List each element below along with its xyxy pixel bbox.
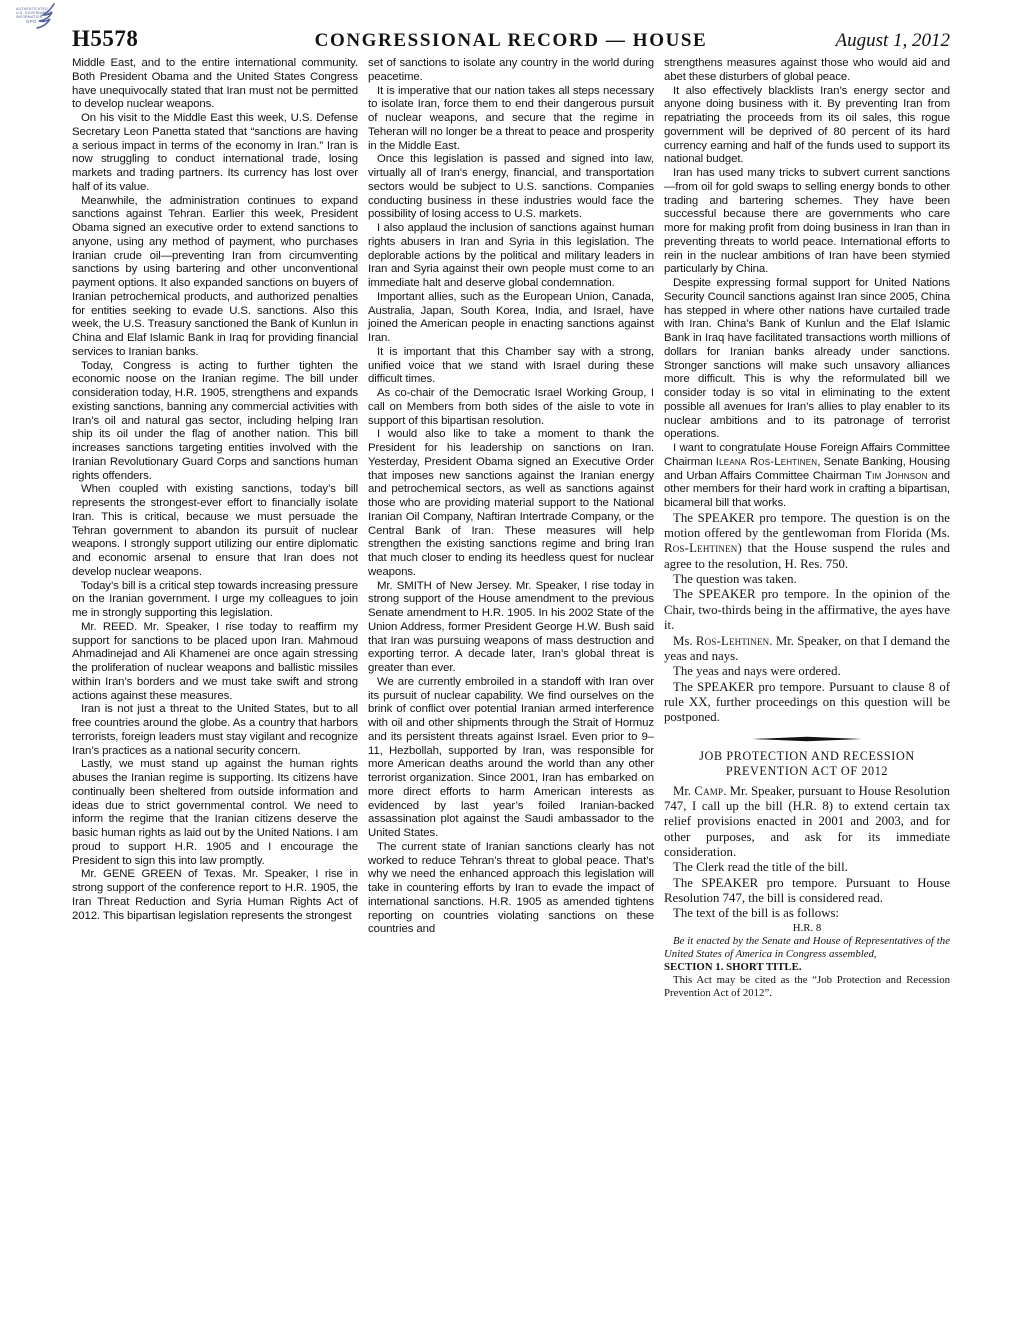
paragraph: I want to congratulate House Foreign Aff… [664,442,950,511]
text-segment: The SPEAKER pro tempore. In the opinion … [664,587,950,632]
paragraph: Once this legislation is passed and sign… [368,153,654,222]
text-segment: The SPEAKER pro tempore. The question is… [664,511,950,540]
member-name: Ileana Ros-Lehtinen [716,456,818,468]
text-segment: Be it enacted by the Senate and House of… [664,935,950,960]
paragraph: We are currently embroiled in a standoff… [368,676,654,841]
text-segment: It also effectively blacklists Iran’s en… [664,85,950,166]
page-number: H5578 [72,26,315,52]
text-segment: Despite expressing formal support for Un… [664,277,950,440]
text-segment: The current state of Iranian sanctions c… [368,841,654,936]
paragraph: The current state of Iranian sanctions c… [368,841,654,937]
paragraph: Lastly, we must stand up against the hum… [72,758,358,868]
text-segment: It is imperative that our nation takes a… [368,85,654,152]
member-name: Ros-Lehtinen [696,634,770,648]
text-segment: As co-chair of the Democratic Israel Wor… [368,387,654,427]
text-segment: Ms. [673,634,696,648]
speaker-pro-tempore-paragraph: The SPEAKER pro tempore. Pursuant to cla… [664,680,950,726]
text-segment: Mr. SMITH of New Jersey. Mr. Speaker, I … [368,580,654,675]
text-segment: On his visit to the Middle East this wee… [72,112,358,193]
text-segment: I would also like to take a moment to th… [368,428,654,578]
paragraph: This Act may be cited as the “Job Protec… [664,974,950,1000]
text-segment: Once this legislation is passed and sign… [368,153,654,220]
masthead: H5578 CONGRESSIONAL RECORD — HOUSE Augus… [72,26,950,52]
speaker-pro-tempore-paragraph: The SPEAKER pro tempore. Pursuant to Hou… [664,876,950,907]
text-segment: Meanwhile, the administration continues … [72,195,358,358]
paragraph: Middle East, and to the entire internati… [72,57,358,112]
text-segment: SECTION 1. SHORT TITLE. [664,961,802,973]
paragraph: Despite expressing formal support for Un… [664,277,950,442]
text-segment: Mr. REED. Mr. Speaker, I rise today to r… [72,621,358,702]
member-name: Camp [694,784,723,798]
paragraph: Today’s bill is a critical step towards … [72,580,358,621]
speaker-pro-tempore-paragraph: The SPEAKER pro tempore. In the opinion … [664,587,950,633]
text-segment: The text of the bill is as follows: [673,906,839,920]
text-segment: Lastly, we must stand up against the hum… [72,758,358,866]
paragraph: It is important that this Chamber say wi… [368,346,654,387]
column-1: Middle East, and to the entire internati… [72,57,358,1307]
swelled-rule-icon [752,736,862,742]
text-segment: The Clerk read the title of the bill. [673,860,848,874]
paragraph: Today, Congress is acting to further tig… [72,360,358,484]
paragraph: I would also like to take a moment to th… [368,428,654,579]
text-segment: set of sanctions to isolate any country … [368,57,654,83]
text-segment: It is important that this Chamber say wi… [368,346,654,386]
statement-mr-smith: Mr. SMITH of New Jersey. Mr. Speaker, I … [368,580,654,676]
text-segment: When coupled with existing sanctions, to… [72,483,358,578]
paragraph: The text of the bill is as follows: [664,906,950,921]
column-2: set of sanctions to isolate any country … [368,57,654,1307]
text-segment: strengthens measures against those who w… [664,57,950,83]
paragraph: It also effectively blacklists Iran’s en… [664,85,950,168]
bill-number: H.R. 8 [664,922,950,935]
speaker-pro-tempore-paragraph: The SPEAKER pro tempore. The question is… [664,511,950,572]
paragraph: Iran is not just a threat to the United … [72,703,358,758]
text-segment: Today, Congress is acting to further tig… [72,360,358,482]
section-divider [664,736,950,742]
paragraph: As co-chair of the Democratic Israel Wor… [368,387,654,428]
text-segment: This Act may be cited as the “Job Protec… [664,974,950,999]
statement-mr-camp: Mr. Camp. Mr. Speaker, pursuant to House… [664,784,950,861]
section-1-short-title: SECTION 1. SHORT TITLE. [664,961,950,974]
paragraph: Ms. Ros-Lehtinen. Mr. Speaker, on that I… [664,634,950,665]
text-segment: Iran has used many tricks to subvert cur… [664,167,950,275]
paragraph: The yeas and nays were ordered. [664,664,950,679]
paragraph: The question was taken. [664,572,950,587]
text-segment: Important allies, such as the European U… [368,291,654,344]
record-title: CONGRESSIONAL RECORD — HOUSE [315,30,708,52]
paragraph: On his visit to the Middle East this wee… [72,112,358,195]
column-3: strengthens measures against those who w… [664,57,950,1307]
paragraph: strengthens measures against those who w… [664,57,950,85]
record-date: August 1, 2012 [707,30,950,52]
paragraph: Meanwhile, the administration continues … [72,195,358,360]
text-segment: H.R. 8 [793,922,822,934]
text-segment: The question was taken. [673,572,797,586]
text-segment: Middle East, and to the entire internati… [72,57,358,110]
text-segment: The SPEAKER pro tempore. Pursuant to cla… [664,680,950,725]
text-segment: The yeas and nays were ordered. [673,664,841,678]
member-name: Ros-Lehtinen [664,541,738,555]
paragraph: The Clerk read the title of the bill. [664,860,950,875]
gpo-eagle-swoosh-icon [34,3,56,33]
congressional-record-page: AUTHENTICATED U.S. GOVERNMENT INFORMATIO… [0,0,1020,1320]
member-name: Tim Johnson [865,470,928,482]
text-segment: The SPEAKER pro tempore. Pursuant to Hou… [664,876,950,905]
paragraph: Important allies, such as the European U… [368,291,654,346]
text-segment: Mr. [673,784,694,798]
text-columns: Middle East, and to the entire internati… [72,57,950,1307]
paragraph: It is imperative that our nation takes a… [368,85,654,154]
statement-mr-reed: Mr. REED. Mr. Speaker, I rise today to r… [72,621,358,704]
text-segment: I also applaud the inclusion of sanction… [368,222,654,289]
text-segment: We are currently embroiled in a standoff… [368,676,654,839]
paragraph: set of sanctions to isolate any country … [368,57,654,85]
paragraph: Iran has used many tricks to subvert cur… [664,167,950,277]
paragraph: When coupled with existing sanctions, to… [72,483,358,579]
text-segment: Mr. GENE GREEN of Texas. Mr. Speaker, I … [72,868,358,921]
gpo-authentication-seal: AUTHENTICATED U.S. GOVERNMENT INFORMATIO… [16,3,56,35]
paragraph: I also applaud the inclusion of sanction… [368,222,654,291]
text-segment: Today’s bill is a critical step towards … [72,580,358,620]
text-segment: Iran is not just a threat to the United … [72,703,358,756]
enacting-clause: Be it enacted by the Senate and House of… [664,935,950,961]
statement-mr-gene-green: Mr. GENE GREEN of Texas. Mr. Speaker, I … [72,868,358,923]
section-heading: JOB PROTECTION AND RECESSION PREVENTION … [674,749,940,779]
